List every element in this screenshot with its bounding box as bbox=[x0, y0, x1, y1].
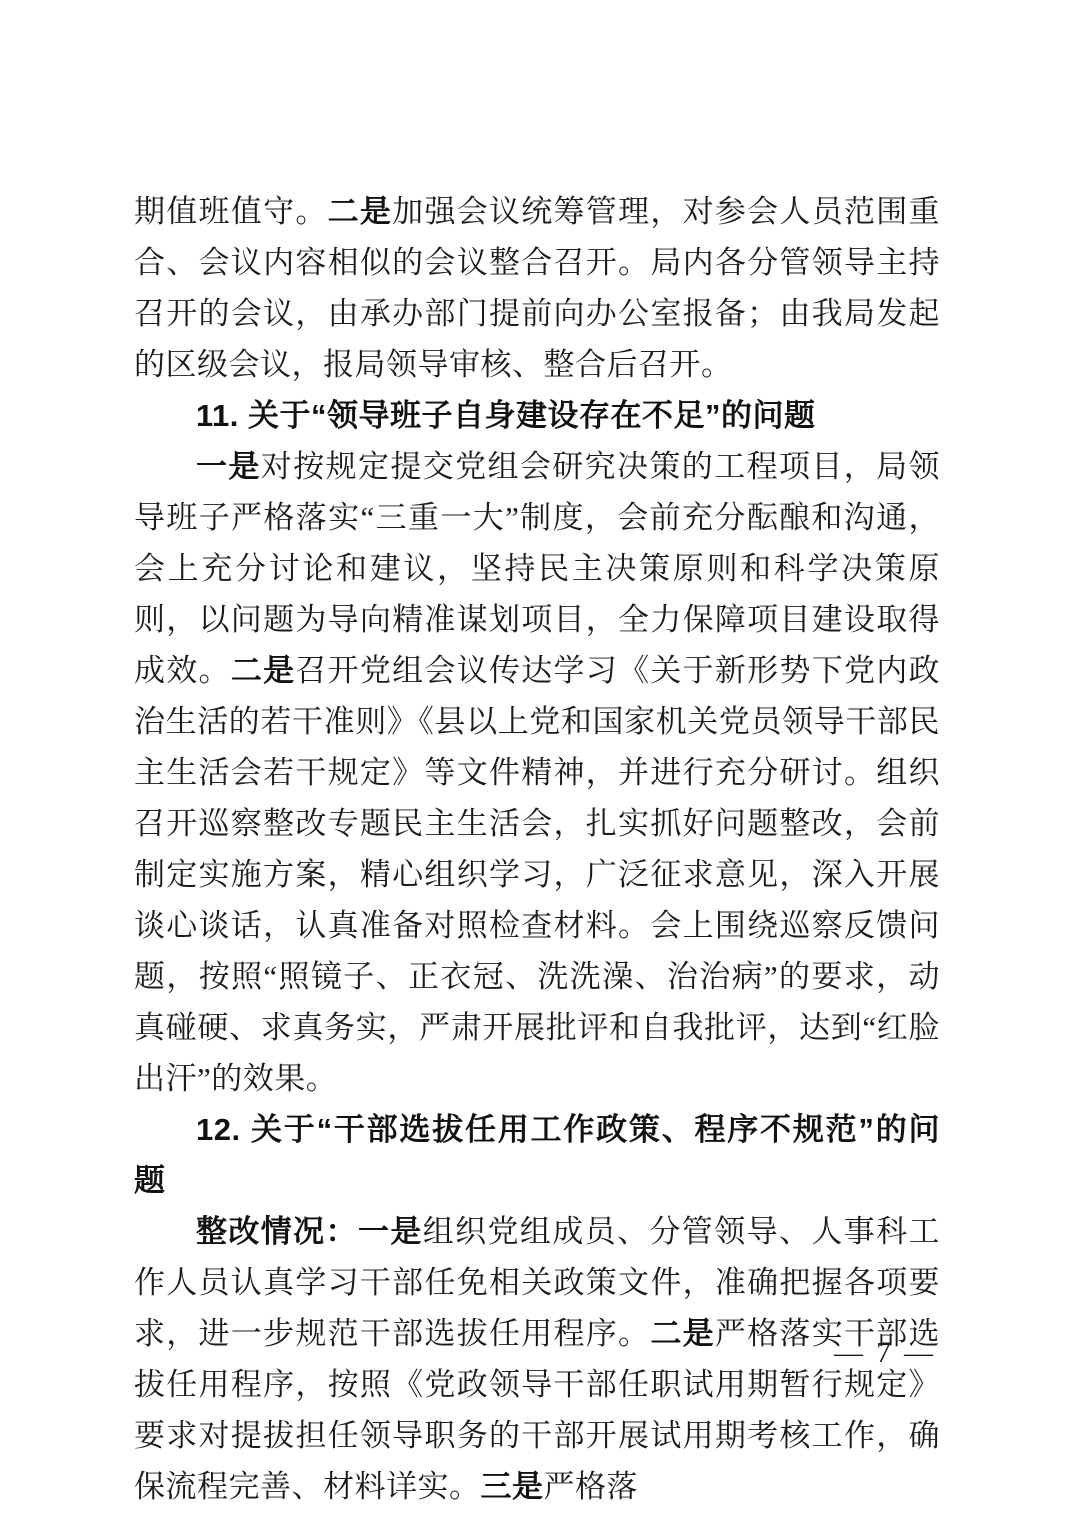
emphasis-marker: 二是 bbox=[328, 194, 393, 229]
document-body: 期值班值守。二是加强会议统筹管理，对参会人员范围重合、会议内容相似的会议整合召开… bbox=[134, 186, 940, 1512]
section-heading-12: 12. 关于“干部选拔任用工作政策、程序不规范”的问题 bbox=[134, 1104, 940, 1206]
emphasis-marker: 一是 bbox=[358, 1214, 423, 1249]
section-11-paragraph: 一是对按规定提交党组会研究决策的工程项目，局领导班子严格落实“三重一大”制度，会… bbox=[134, 441, 940, 1104]
emphasis-marker: 二是 bbox=[231, 653, 296, 688]
emphasis-marker: 二是 bbox=[650, 1316, 715, 1351]
emphasis-marker: 整改情况： bbox=[196, 1214, 358, 1249]
section-12-paragraph: 整改情况：一是组织党组成员、分管领导、人事科工作人员认真学习干部任免相关政策文件… bbox=[134, 1206, 940, 1512]
continuation-paragraph: 期值班值守。二是加强会议统筹管理，对参会人员范围重合、会议内容相似的会议整合召开… bbox=[134, 186, 940, 390]
emphasis-marker: 三是 bbox=[481, 1469, 544, 1504]
page-number: — 7 — bbox=[834, 1337, 936, 1370]
body-text: 召开党组会议传达学习《关于新形势下党内政治生活的若干准则》《县以上党和国家机关党… bbox=[134, 653, 940, 1096]
emphasis-marker: 一是 bbox=[196, 449, 261, 484]
section-heading-11: 11. 关于“领导班子自身建设存在不足”的问题 bbox=[134, 390, 940, 441]
body-text: 严格落 bbox=[544, 1469, 639, 1504]
body-text: 期值班值守。 bbox=[134, 194, 328, 229]
